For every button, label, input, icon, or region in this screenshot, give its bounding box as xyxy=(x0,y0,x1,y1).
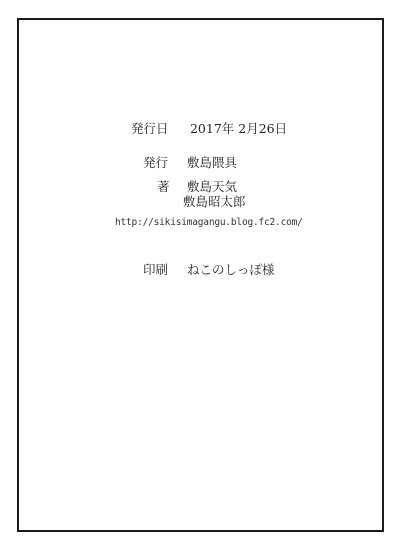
printer-row: 印刷 ねこのしっぽ様 xyxy=(143,262,275,277)
author-row-2: 敷島昭太郎 xyxy=(183,194,246,209)
website-url: http://sikisimagangu.blog.fc2.com/ xyxy=(115,217,303,228)
printer-value: ねこのしっぽ様 xyxy=(187,262,275,277)
publisher-row: 発行 敷島隈具 xyxy=(143,155,237,170)
author-row-1: 著 敷島天気 xyxy=(157,179,237,194)
issue-date-value: 2017年 2月26日 xyxy=(190,121,287,136)
publisher-label: 発行 xyxy=(143,155,183,170)
author-name-1: 敷島天気 xyxy=(187,179,237,194)
author-label: 著 xyxy=(157,179,183,194)
publisher-value: 敷島隈具 xyxy=(187,155,237,170)
issue-date-row: 発行日 2017年 2月26日 xyxy=(131,121,287,136)
issue-date-label: 発行日 xyxy=(131,121,186,136)
author-name-2: 敷島昭太郎 xyxy=(183,194,246,209)
printer-label: 印刷 xyxy=(143,262,183,277)
